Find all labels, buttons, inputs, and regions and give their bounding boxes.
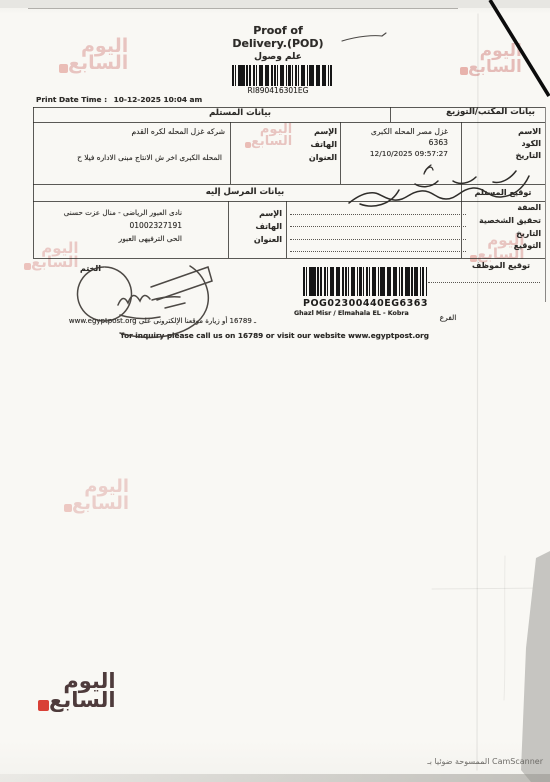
table-border bbox=[340, 122, 341, 184]
youm7-badge-icon bbox=[38, 700, 49, 711]
youm7-watermark: اليوم السابع bbox=[22, 242, 79, 270]
sender-address-value: الحى الترفيهى العبور bbox=[82, 235, 182, 244]
table-border bbox=[230, 122, 231, 184]
dotted-fill-line bbox=[290, 250, 466, 252]
office-code-value: 6363 bbox=[348, 139, 448, 148]
table-border bbox=[33, 107, 34, 258]
delivery-barcode-number: 6363 bbox=[400, 298, 428, 309]
pod-title-line1: Proof of bbox=[218, 25, 338, 38]
date-field-label: التاريخ bbox=[455, 230, 541, 239]
watermark-word: السابع bbox=[72, 496, 129, 513]
delivery-barcode bbox=[303, 267, 427, 296]
recipient-name-label: الإسم bbox=[240, 127, 337, 136]
table-border bbox=[33, 258, 545, 259]
tracking-number: RI890416301EG bbox=[218, 87, 338, 96]
camscanner-note: الممسوحة ضوئيا بـ CamScanner bbox=[343, 757, 543, 766]
dotted-fill-line bbox=[290, 213, 466, 215]
sender-name-label: الإسم bbox=[200, 209, 282, 218]
print-date-label: Print Date Time : bbox=[36, 95, 107, 104]
office-name-value: غزل مصر المحله الكبرى bbox=[348, 128, 448, 137]
dotted-fill-line bbox=[290, 238, 466, 240]
pod-title-line2: Delivery.(POD) bbox=[208, 38, 348, 51]
youm7-badge-icon bbox=[24, 263, 31, 270]
employee-signature-label: توقيع الموظف bbox=[440, 261, 530, 270]
tracking-barcode bbox=[232, 65, 333, 86]
signature-field-label: التوقيع bbox=[455, 242, 541, 251]
recipient-signature-label: توقيع المستلم bbox=[463, 188, 543, 197]
sender-phone-value: 01002327191 bbox=[82, 222, 182, 231]
youm7-watermark: اليوم السابع bbox=[62, 479, 129, 512]
scan-bottom-edge bbox=[0, 774, 550, 782]
table-border bbox=[390, 107, 391, 122]
youm7-watermark: اليوم السابع bbox=[36, 672, 116, 711]
office-code-label: الكود bbox=[460, 139, 541, 148]
watermark-word: السابع bbox=[68, 55, 128, 72]
office-section-header: بيانات المكتب/التوزيع bbox=[395, 108, 535, 118]
scanned-pod-document: اليوم السابع اليوم السابع اليوم السابع ا… bbox=[0, 0, 550, 782]
recipient-name-value: شركه غزل المحله لكره القدم bbox=[60, 128, 225, 137]
delivery-barcode-line: POG02300440EG 6363 bbox=[303, 298, 427, 309]
branch-name-en: Ghazl Misr / Elmahala EL - Kobra bbox=[294, 310, 428, 317]
scan-edge-line bbox=[28, 8, 458, 9]
youm7-badge-icon bbox=[460, 67, 468, 75]
recipient-address-label: العنوان bbox=[240, 153, 337, 162]
sender-section-header: بيانات المرسل إليه bbox=[160, 188, 330, 198]
stamp-label: الختم bbox=[80, 264, 101, 273]
sender-phone-label: الهاتف bbox=[200, 222, 282, 231]
youm7-badge-icon bbox=[59, 64, 68, 73]
office-date-value: 12/10/2025 09:57:27 bbox=[348, 150, 448, 159]
dotted-fill-line bbox=[290, 225, 466, 227]
dotted-fill-line bbox=[428, 281, 540, 283]
footer-arabic-line: ـ 16789 أو زيارة موقعنا الإلكترونى على w… bbox=[60, 317, 265, 325]
office-date-label: التاريخ bbox=[460, 151, 541, 160]
recipient-phone-label: الهاتف bbox=[240, 140, 337, 149]
footer-english-line: for inquiry please call us on 16789 or v… bbox=[110, 332, 440, 340]
watermark-word: السابع bbox=[468, 60, 522, 76]
table-border bbox=[33, 201, 545, 202]
sender-name-value: نادى العبور الرياضى - منال عزت حسنى bbox=[52, 209, 182, 217]
youm7-watermark: اليوم السابع bbox=[57, 38, 128, 73]
identity-check-label: تحقيق الشخصية bbox=[455, 217, 541, 226]
capacity-label: الصفة bbox=[455, 204, 541, 213]
table-border bbox=[33, 122, 545, 123]
office-name-label: الاسم bbox=[460, 127, 541, 136]
pod-title-arabic: علم وصول bbox=[228, 52, 328, 62]
table-border bbox=[286, 201, 287, 258]
print-date-line: Print Date Time : 10-12-2025 10:04 am bbox=[36, 96, 202, 105]
table-border bbox=[545, 107, 546, 302]
scan-top-edge bbox=[0, 0, 550, 8]
branch-label: الفرع bbox=[433, 314, 463, 323]
youm7-watermark: اليوم السابع bbox=[458, 44, 522, 75]
delivery-barcode-code: POG02300440EG bbox=[303, 298, 400, 309]
sender-address-label: العنوان bbox=[200, 235, 282, 244]
youm7-badge-icon bbox=[64, 504, 72, 512]
recipient-section-header: بيانات المستلم bbox=[150, 109, 330, 119]
recipient-address-value: المحله الكبرى اخر ش الانتاج مبنى الاداره… bbox=[42, 154, 222, 163]
print-date-value: 10-12-2025 10:04 am bbox=[114, 95, 203, 104]
table-border bbox=[33, 184, 545, 185]
watermark-word: السابع bbox=[49, 691, 116, 710]
